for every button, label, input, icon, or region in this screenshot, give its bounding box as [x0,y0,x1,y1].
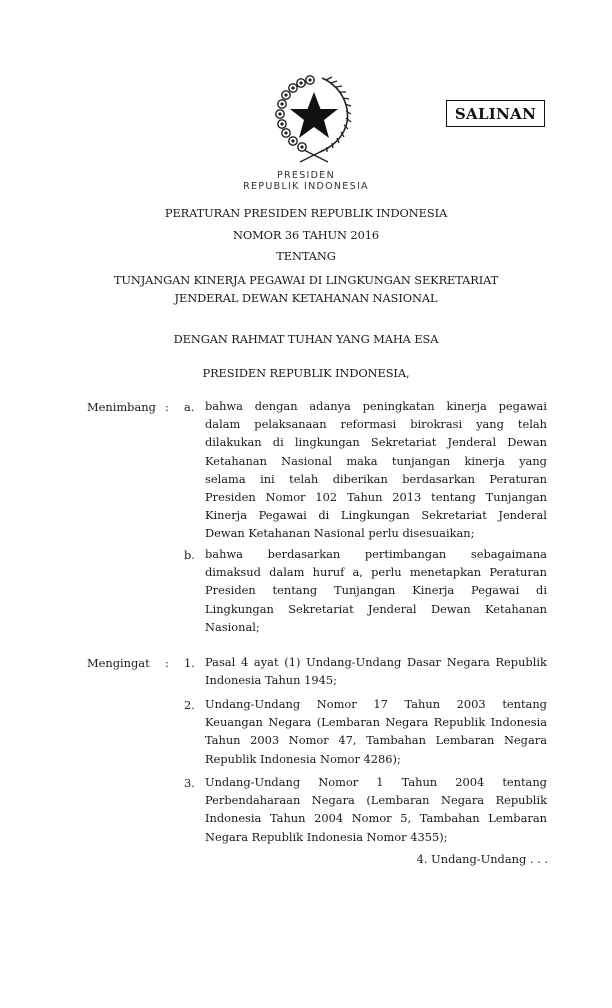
menimbang-marker-b: b. [184,548,195,562]
text-line: Nasional; [205,618,547,636]
authority: PRESIDEN REPUBLIK INDONESIA, [0,366,612,380]
regulation-tentang: TENTANG [0,249,612,263]
text-line: dalampelaksanaanreformasibirokrasiyangte… [205,415,547,433]
regulation-title: PERATURAN PRESIDEN REPUBLIK INDONESIA [0,206,612,220]
menimbang-marker-a: a. [184,400,194,414]
text-line: Pasal4ayat(1)Undang-UndangDasarNegaraRep… [205,653,547,671]
text-line: PresidententangTunjanganKinerjaPegawaidi [205,581,547,599]
mengingat-item-1: Pasal4ayat(1)Undang-UndangDasarNegaraRep… [205,653,547,689]
menimbang-colon: : [165,400,169,414]
text-line: LingkunganSekretariatJenderalDewanKetaha… [205,600,547,618]
menimbang-item-b: bahwaberdasarkanpertimbangansebagaimana … [205,545,547,636]
office-label-republic: REPUBLIK INDONESIA [0,181,612,192]
page-continuation: 4. Undang-Undang . . . [417,852,548,866]
mengingat-item-2: Undang-UndangNomor17Tahun2003tentang Keu… [205,695,547,768]
text-line: Indonesia Tahun 1945; [205,671,547,689]
mengingat-colon: : [165,656,169,670]
text-line: bahwaberdasarkanpertimbangansebagaimana [205,545,547,563]
text-line: selamainitelahdiberikanberdasarkanPeratu… [205,470,547,488]
mengingat-marker-1: 1. [184,656,195,670]
text-line: KinerjaPegawaidiLingkunganSekretariatJen… [205,506,547,524]
text-line: Republik Indonesia Nomor 4286); [205,750,547,768]
text-line: bahwadenganadanyapeningkatankinerjapegaw… [205,397,547,415]
text-line: IndonesiaTahun2004Nomor5,TambahanLembara… [205,809,547,827]
mengingat-label: Mengingat [87,656,150,670]
mengingat-marker-3: 3. [184,776,195,790]
text-line: PresidenNomor102Tahun2013tentangTunjanga… [205,488,547,506]
text-line: Undang-UndangNomor1Tahun2004tentang [205,773,547,791]
garuda-star-emblem-icon [274,72,354,164]
regulation-subject-line-2: JENDERAL DEWAN KETAHANAN NASIONAL [0,291,612,305]
text-line: Undang-UndangNomor17Tahun2003tentang [205,695,547,713]
text-line: Dewan Ketahanan Nasional perlu disesuaik… [205,524,547,542]
office-label-president: PRESIDEN [0,170,612,181]
regulation-subject-line-1: TUNJANGAN KINERJA PEGAWAI DI LINGKUNGAN … [0,273,612,287]
regulation-number: NOMOR 36 TAHUN 2016 [0,228,612,242]
menimbang-label: Menimbang [87,400,156,414]
text-line: KetahananNasionalmakatunjangankinerjayan… [205,452,547,470]
mengingat-marker-2: 2. [184,698,195,712]
text-line: dilakukandilingkunganSekretariatJenderal… [205,433,547,451]
text-line: PerbendaharaanNegara(LembaranNegaraRepub… [205,791,547,809]
menimbang-item-a: bahwadenganadanyapeningkatankinerjapegaw… [205,397,547,543]
mengingat-item-3: Undang-UndangNomor1Tahun2004tentang Perb… [205,773,547,846]
text-line: KeuanganNegara(LembaranNegaraRepublikInd… [205,713,547,731]
text-line: dimaksuddalamhurufa,perlumenetapkanPerat… [205,563,547,581]
salinan-stamp: SALINAN [446,100,545,127]
text-line: Negara Republik Indonesia Nomor 4355); [205,828,547,846]
text-line: Tahun2003Nomor47,TambahanLembaranNegara [205,731,547,749]
invocation: DENGAN RAHMAT TUHAN YANG MAHA ESA [0,332,612,346]
